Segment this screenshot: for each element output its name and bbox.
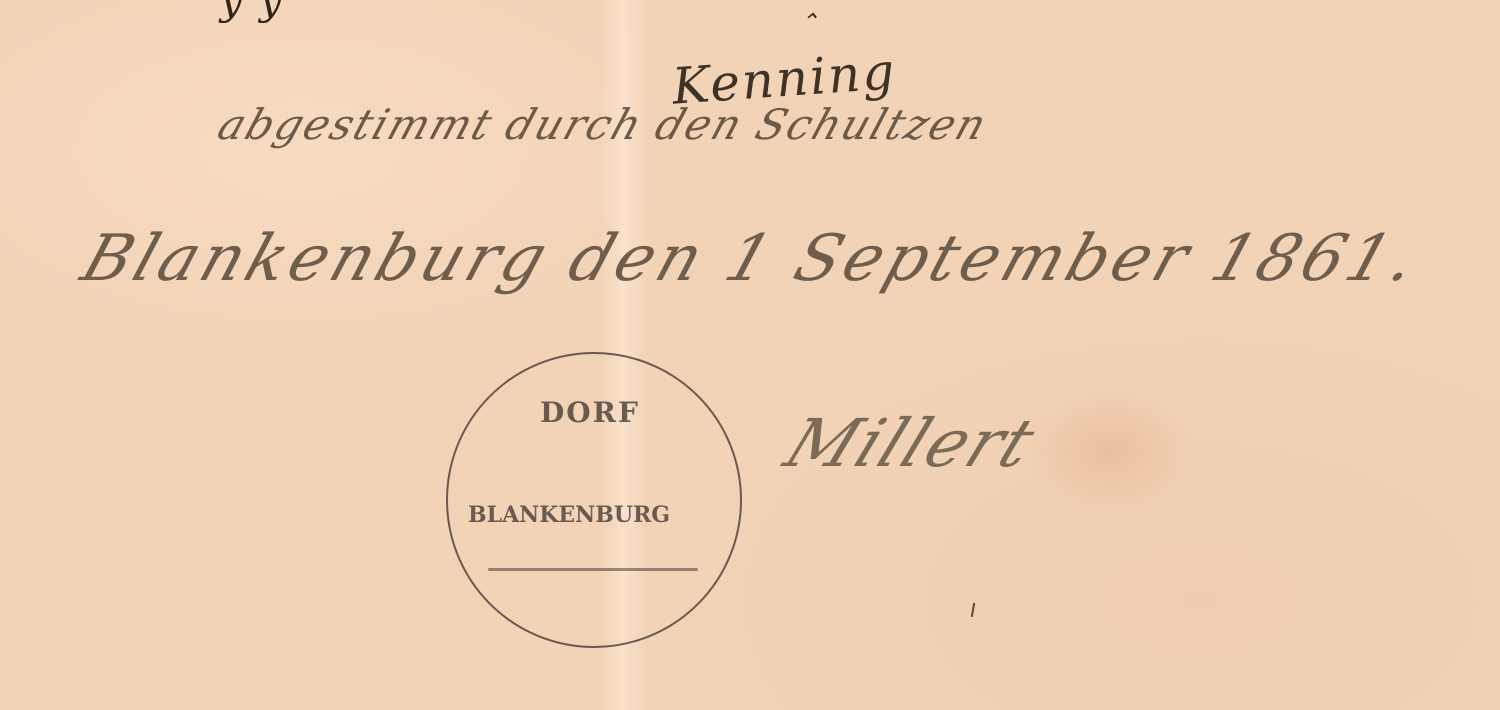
insertion-mark: ⌃ [800,10,820,35]
stamp-text-line-2: BLANKENBURG [468,502,670,528]
handwritten-line-place-date: Blankenburg den 1 September 1861. [73,222,1429,296]
stamp-text-line-1: DORF [540,396,640,429]
ink-mark [971,603,975,617]
handwritten-line-attestation: abgestimmt durch den Schultzen [212,100,994,149]
stamp-smudge-line [488,568,698,571]
signature: Millert [774,405,1047,482]
official-seal-stamp: DORF BLANKENBURG [446,352,742,648]
top-handwriting-fragment: y y [220,0,284,24]
